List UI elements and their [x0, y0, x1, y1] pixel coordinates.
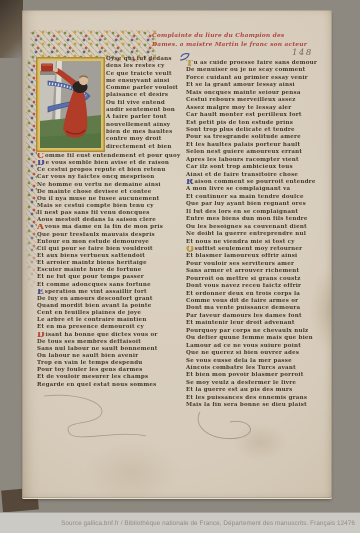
text-line: Sans nul labour ne sault bonnement	[37, 346, 189, 353]
text-line: Et en ma presence demouroit cy	[37, 324, 189, 331]
text-line: Quand mordit bien avant la pointe	[37, 303, 189, 310]
text-line: Se vous eusse dela la mer passe	[186, 358, 328, 365]
illuminated-initial: A	[37, 225, 44, 230]
text-line: Comme fil eust entendement et pour quoy	[37, 153, 189, 160]
text-line: Force cuidant au primier essay venir	[186, 75, 328, 82]
left-column-text: Comme fil eust entendement et pour quoyD…	[37, 153, 189, 389]
text-line: directement et bien	[106, 144, 188, 151]
text-line: Ou il nya muse ne fusee aucunement	[37, 196, 189, 203]
text-line: audir sentement bon	[106, 107, 188, 114]
text-line: Dont ma vente puissance demoura	[186, 305, 328, 312]
text-line: Ainsi et de faire transitoire chose	[186, 172, 328, 179]
text-line: Et nous ne viendra mie si tost cy	[186, 239, 328, 246]
text-line: Pourquoy par corps ne chevaulx nulz	[186, 328, 328, 335]
text-line: Se moy veulz a desfermer le livre	[186, 380, 328, 387]
text-line: Entour en mon estude demouroye	[37, 239, 189, 246]
text-line: Cil qui pour se faire bien vouldroit	[37, 246, 189, 253]
text-line: Et les puissances des ennemis grans	[186, 395, 328, 402]
right-column-text: Tu as cuide proesse faire sans demourDe …	[186, 60, 328, 410]
left-column-beside-miniature: Oyse qui fut dedansdens les restes cyCe …	[106, 56, 188, 151]
text-line: Selon nest guiere amoureux errant	[186, 149, 328, 156]
text-line: Car vous ny faictes oncq mesprison	[37, 174, 189, 181]
text-line: Que pour tresfaulx mauvais despris	[37, 232, 189, 239]
text-line: Car ilz sont trop ambicieux tous	[186, 164, 328, 171]
binding-edge-top	[0, 0, 23, 58]
text-line: Pour toy fouler les gens darmes	[37, 367, 189, 374]
text-line: Par faveur damours les dames font	[186, 313, 328, 320]
text-line: Et blasmer lamoureux offrir ainsi	[186, 253, 328, 260]
text-line: Il fut des lors en se complaignant	[186, 209, 328, 216]
text-line: A mon livre se complaignant va	[186, 186, 328, 193]
text-line: Et aux biens vertueux sattendoit	[37, 253, 189, 260]
text-line: Ce cestui propos repute et bien retenu	[37, 167, 189, 174]
gallica-caption-bar: Source gallica.bnf.fr / Bibliothèque nat…	[0, 512, 360, 533]
text-line: Cent en feuilles plaines de joye	[37, 310, 189, 317]
text-line: Trop en vain le temps despendu	[37, 360, 189, 367]
text-line: De tous ses membres deffaisoit	[37, 339, 189, 346]
text-line: Avous ma dame en la fin de mon pris	[37, 224, 189, 231]
text-line: Le arbre et le contraire maintien	[37, 317, 189, 324]
text-line: Assez malgre moy te lessay aler	[186, 105, 328, 112]
source-caption: Source gallica.bnf.fr / Bibliothèque nat…	[61, 520, 355, 527]
text-line: Disant ha bonne que dictes vous or	[37, 332, 189, 339]
text-line: Est petit pis de ton estude prins	[186, 120, 328, 127]
text-line: nouvellement ainsy	[106, 122, 188, 129]
text-line: Ou les besoignes sa couvenant dient	[186, 224, 328, 231]
text-line: Et maintenir leur droit advenant	[186, 320, 328, 327]
text-line: De menuiser ou je ne scay comment	[186, 67, 328, 74]
text-line: Sont trop plus delicate et tendre	[186, 127, 328, 134]
pen-flourish-left	[40, 390, 150, 440]
text-line: Et bien mon povoir blasmer porroit	[186, 372, 328, 379]
text-line: Et de vouloir mesurer les champs	[37, 374, 189, 381]
text-line: Et se la grant amour lessay ainsi	[186, 82, 328, 89]
rubric-line-1: Complainte du liure du Champion des	[152, 32, 328, 41]
illuminated-initial: O	[186, 247, 194, 252]
text-line: Ce que traicte veult	[106, 71, 188, 78]
text-line: On labour ne sault bien avenir	[37, 353, 189, 360]
rubric-heading: Complainte du liure du Champion des Dame…	[152, 32, 328, 49]
illuminated-initial: E	[37, 290, 44, 295]
text-line: Que ne querez si bien ouvrer ades	[186, 350, 328, 357]
pen-flourish-right	[190, 408, 290, 448]
text-line: Et la guerre est au pis des murs	[186, 387, 328, 394]
text-line: Et les haultes palais porteur hault	[186, 142, 328, 149]
text-line: Il nest pas sans fil venu doncques	[37, 210, 189, 217]
folio-number: 148	[292, 48, 313, 58]
text-line: Oyse qui fut dedans	[106, 56, 188, 63]
text-line: Esperation me vint assaillir fort	[37, 289, 189, 296]
text-line: Regarde en quel estat nous sommes	[37, 382, 189, 389]
text-line: plaisance et desirs	[106, 92, 188, 99]
text-line: Et arroier maintz biens heritaige	[37, 260, 189, 267]
text-line: Raison comment se pourroit entendre	[186, 179, 328, 186]
illuminated-initial: R	[186, 180, 193, 185]
illuminated-initial: C	[37, 154, 44, 159]
text-line: Car hault monter est perilleux fort	[186, 112, 328, 119]
text-line: Ne doibt la guerre entreprendre nul	[186, 231, 328, 238]
text-line: Comme parler vouloit	[106, 85, 188, 92]
text-line: me ensuyvant ainsi	[106, 78, 188, 85]
illuminated-initial: D	[37, 161, 45, 166]
text-line: Osuffist seulement moy retourner	[186, 246, 328, 253]
text-line: Pourroit on mettre si grans coustz	[186, 276, 328, 283]
illuminated-initial: T	[186, 61, 193, 66]
text-line: Et ordonner deux en trois corps la	[186, 291, 328, 298]
illuminated-miniature	[36, 57, 105, 152]
text-line: Mais oncques mainte seiour pensa	[186, 90, 328, 97]
text-line: Et ne fut que pour temps passer	[37, 274, 189, 281]
text-line: Que par luy ayant bien regnant ores	[186, 201, 328, 208]
text-line: A faire parler tout	[106, 114, 188, 121]
text-line: contre moy droit	[106, 136, 188, 143]
illuminated-initial: D	[37, 333, 45, 338]
text-line: Aincois combatre les Turcs avant	[186, 365, 328, 372]
digitized-manuscript-photo: Complainte du liure du Champion des Dame…	[0, 0, 360, 533]
text-line: Apres les labours racompter vient	[186, 157, 328, 164]
text-line: Comme vous dit de faire armes or	[186, 298, 328, 305]
text-line: Dont vous navez receu faictz offrir	[186, 283, 328, 290]
text-line: De mainte chose devisee et contee	[37, 189, 189, 196]
text-line: bien de mes haultes	[106, 129, 188, 136]
text-line: Mais se cestui compte bien tenu cy	[37, 203, 189, 210]
text-line: Escuier mainte hure de fortune	[37, 267, 189, 274]
text-line: Ou fil vive entend	[106, 100, 188, 107]
text-line: Pour sa tresgrande solitude amere	[186, 134, 328, 141]
text-line: Ne homme ou vertu ne demaine ainsi	[37, 182, 189, 189]
author-kneeling-with-book-miniature	[36, 57, 105, 152]
text-line: De vous semble bien avise et de raison	[37, 160, 189, 167]
text-line: Et comme adoncques sans fortune	[37, 282, 189, 289]
text-line: Tu as cuide proesse faire sans demour	[186, 60, 328, 67]
text-line: De luy en amours desconfort grant	[37, 296, 189, 303]
text-line: Cestui rebours merveilleux assez	[186, 97, 328, 104]
text-line: Entre mes biens dun mon fils tendre	[186, 216, 328, 223]
text-line: Lamour ad ce ne vous suiure point	[186, 343, 328, 350]
text-line: Pour vouloir ses serviteurs amer	[186, 261, 328, 268]
text-line: dens les restes cy	[106, 63, 188, 70]
manuscript-page: Complainte du liure du Champion des Dame…	[22, 10, 332, 498]
text-line: Sans armer et arrouver richement	[186, 268, 328, 275]
text-line: Et continuer sa main tendre doulce	[186, 194, 328, 201]
text-line: Ou defier quune femme mais que bien	[186, 335, 328, 342]
text-line: Aous mestoit dedans la saison clere	[37, 217, 189, 224]
